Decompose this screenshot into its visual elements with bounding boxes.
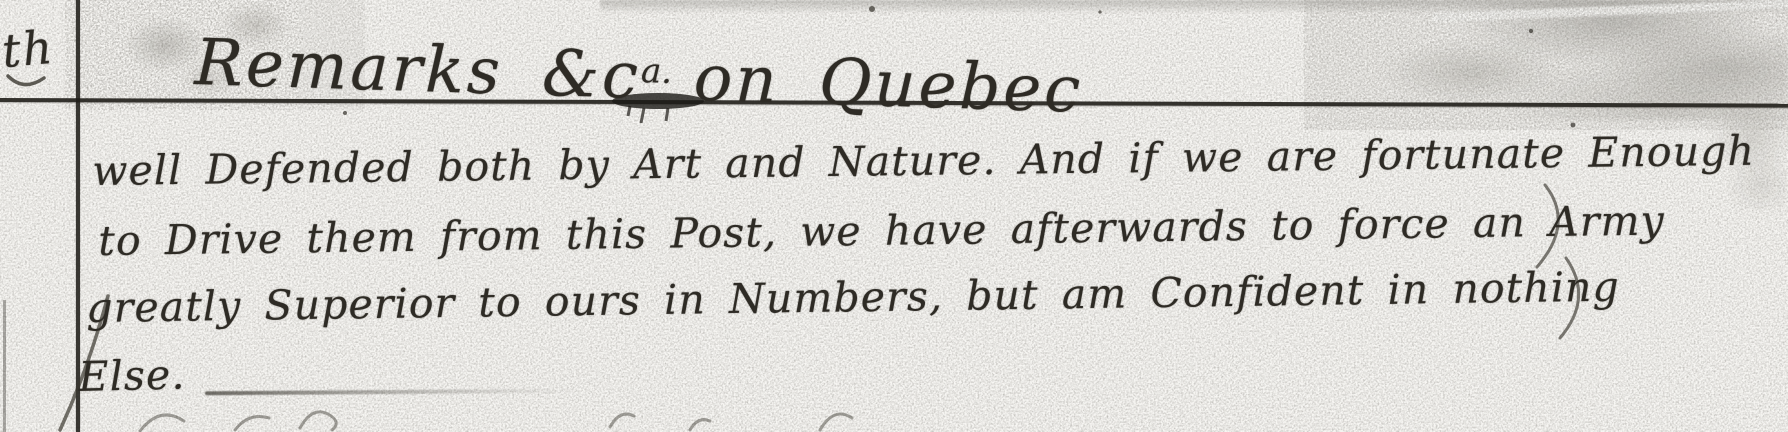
- cropped-bottom-line-strokes: [140, 412, 852, 431]
- heading-prefix: Remarks &c: [194, 26, 642, 114]
- body-line-4: Else.: [78, 350, 186, 401]
- heading-superscript: a.: [640, 51, 672, 92]
- margin-note-date-ordinal: th: [0, 20, 56, 78]
- heading-suffix: on Quebec: [693, 42, 1084, 128]
- manuscript-page: th Remarks &ca.on Quebec well Defended b…: [0, 0, 1788, 432]
